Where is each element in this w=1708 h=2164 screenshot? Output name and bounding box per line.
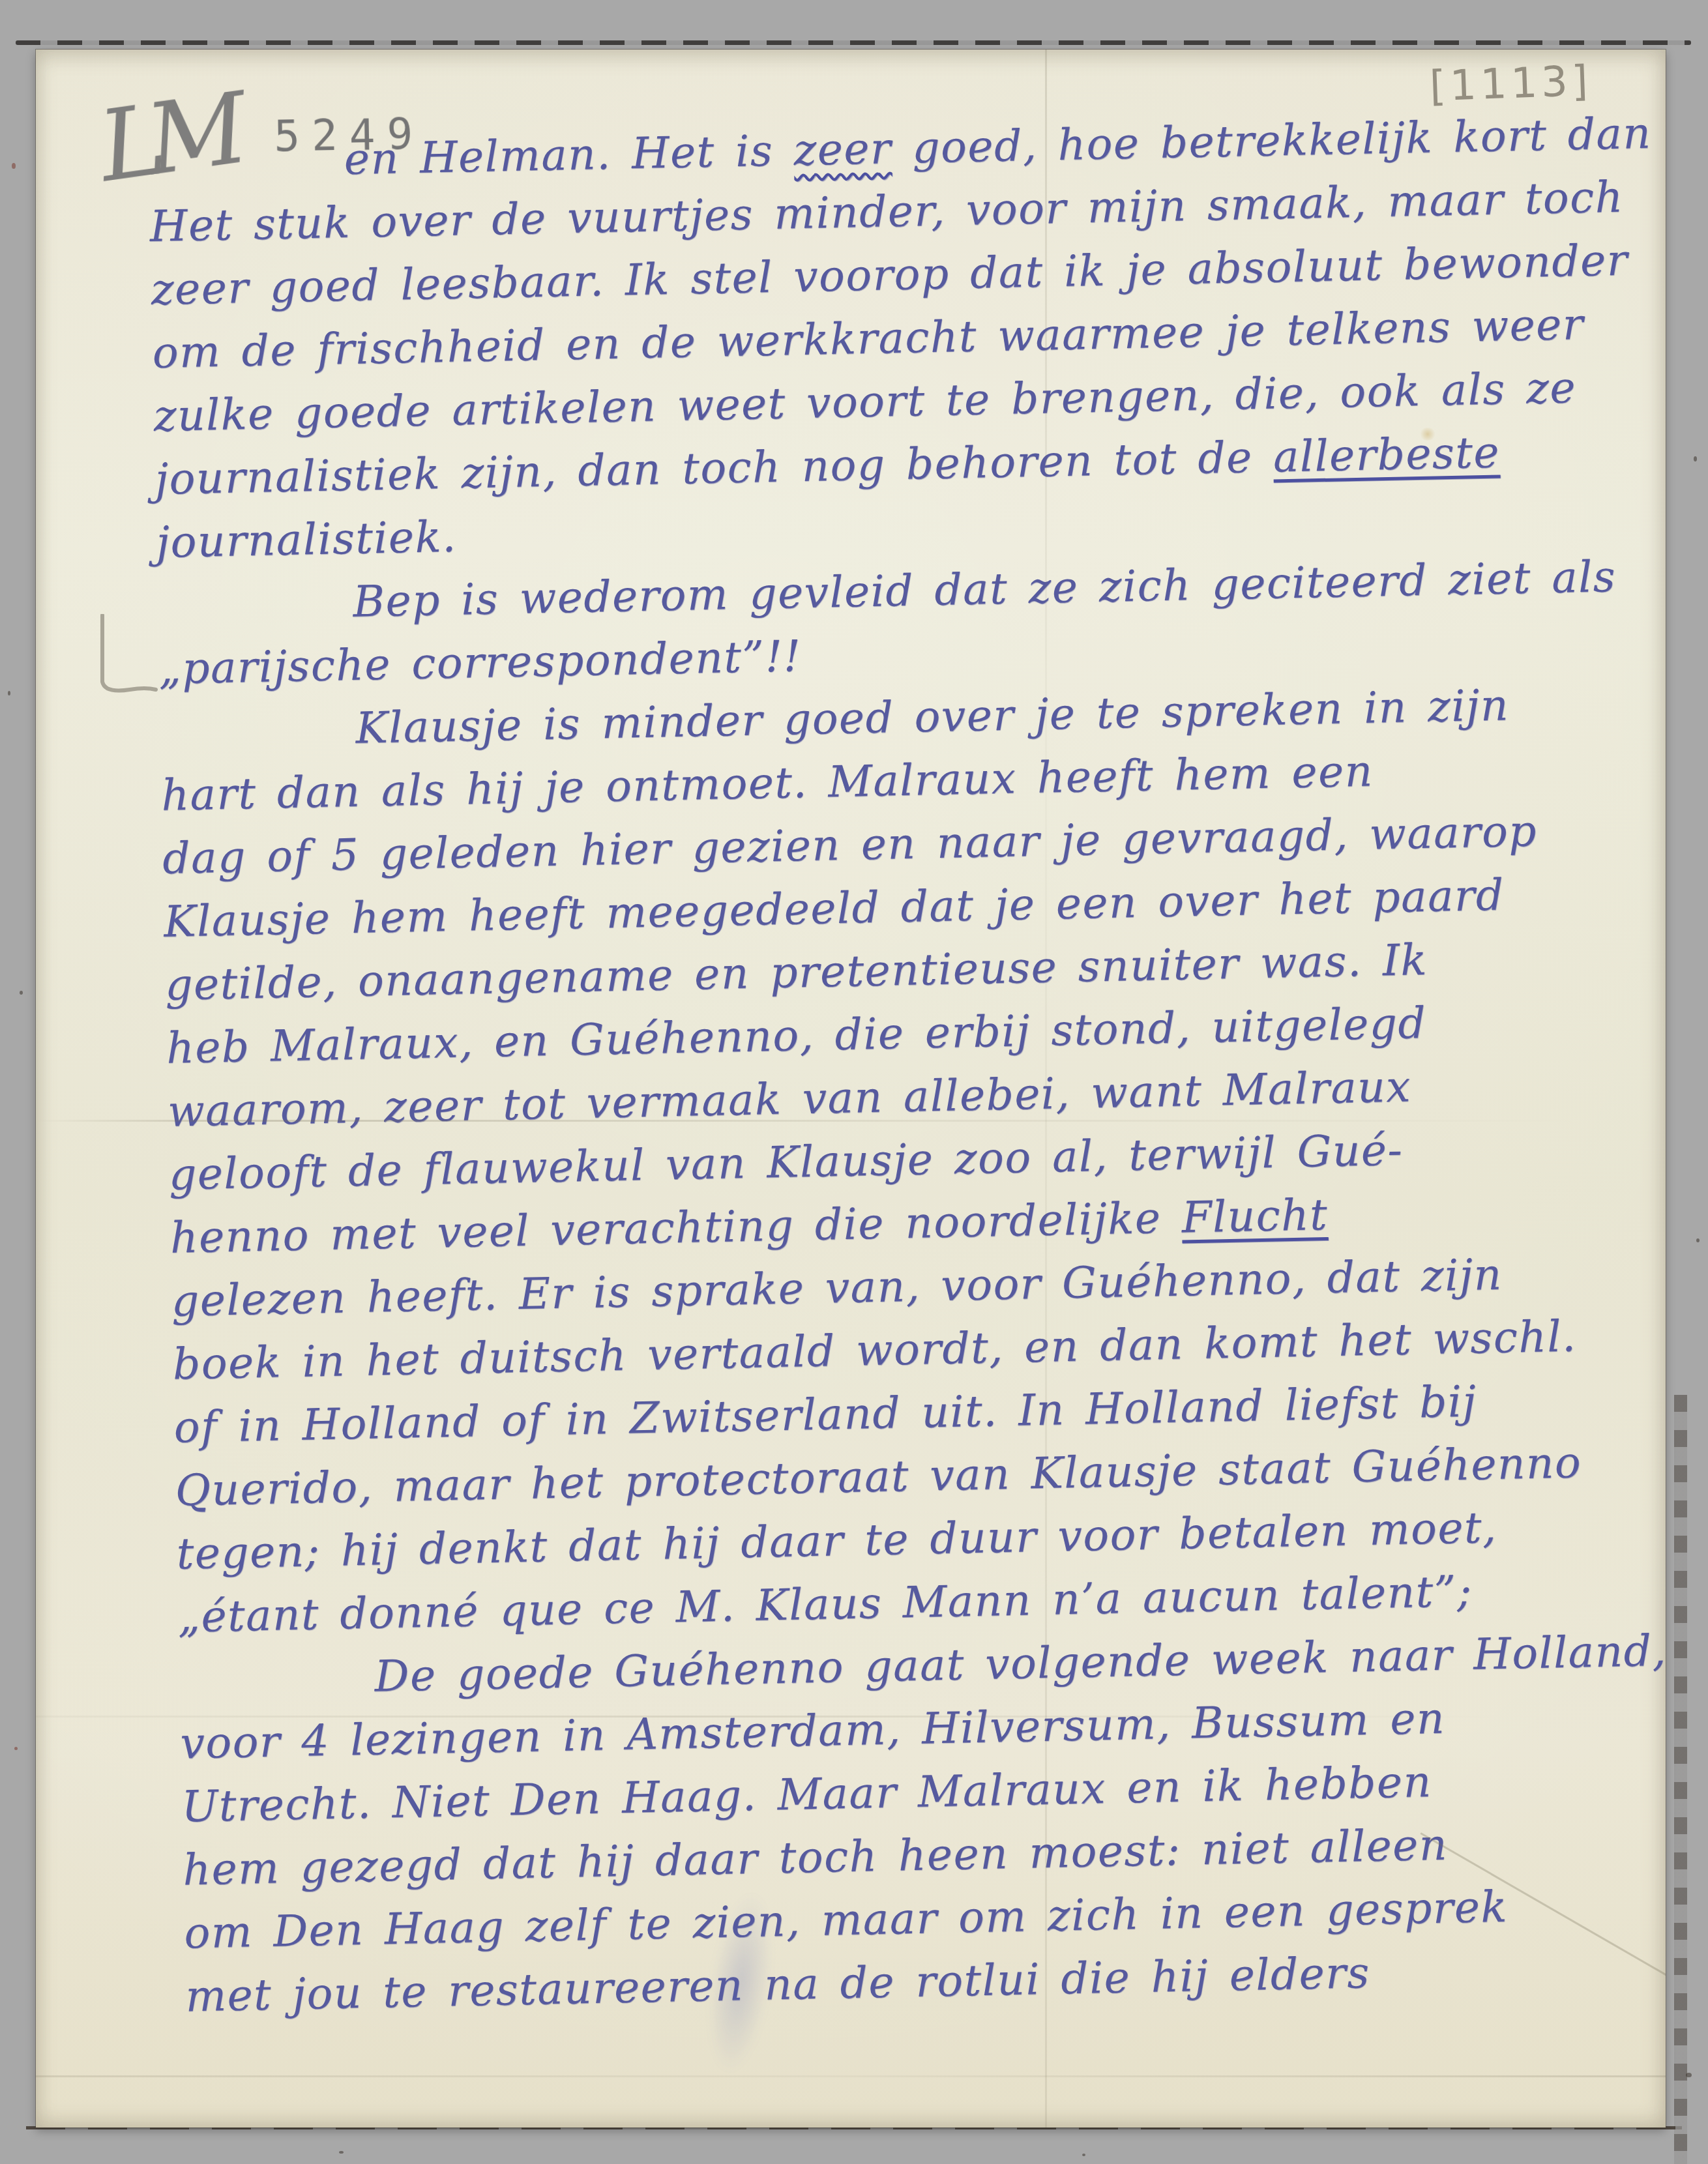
underlined-word: zeer	[793, 123, 892, 175]
line-text: goed, hoe betrekkelijk kort dan ook.	[891, 106, 1666, 173]
dust-speck	[1082, 2154, 1085, 2156]
dust-speck	[1694, 456, 1697, 461]
dust-speck	[14, 1747, 18, 1750]
letter-text: en Helman. Het is zeer goed, hoe betrekk…	[148, 101, 1666, 2028]
line-text: en Helman. Het is	[344, 125, 794, 184]
line-text: „parijsche correspondent”!!	[158, 631, 802, 694]
scanner-background: LM 5249 [1113] en Helman. Het is zeer go…	[0, 0, 1708, 2164]
dust-speck	[8, 691, 10, 695]
underlined-word: allerbeste	[1273, 427, 1500, 482]
letter-page: LM 5249 [1113] en Helman. Het is zeer go…	[36, 50, 1666, 2127]
dust-speck	[20, 991, 23, 995]
fold-crease	[36, 2075, 1666, 2077]
dust-speck	[1686, 2073, 1692, 2077]
scan-edge-top	[16, 40, 1691, 45]
underlined-word: Flucht	[1181, 1190, 1329, 1242]
scan-edge-right	[1674, 1395, 1687, 2164]
line-text: journalistiek.	[156, 512, 457, 568]
dust-speck	[1696, 1238, 1700, 1242]
foxing-spot	[1419, 428, 1436, 441]
dust-speck	[12, 163, 16, 169]
dust-speck	[339, 2151, 344, 2154]
